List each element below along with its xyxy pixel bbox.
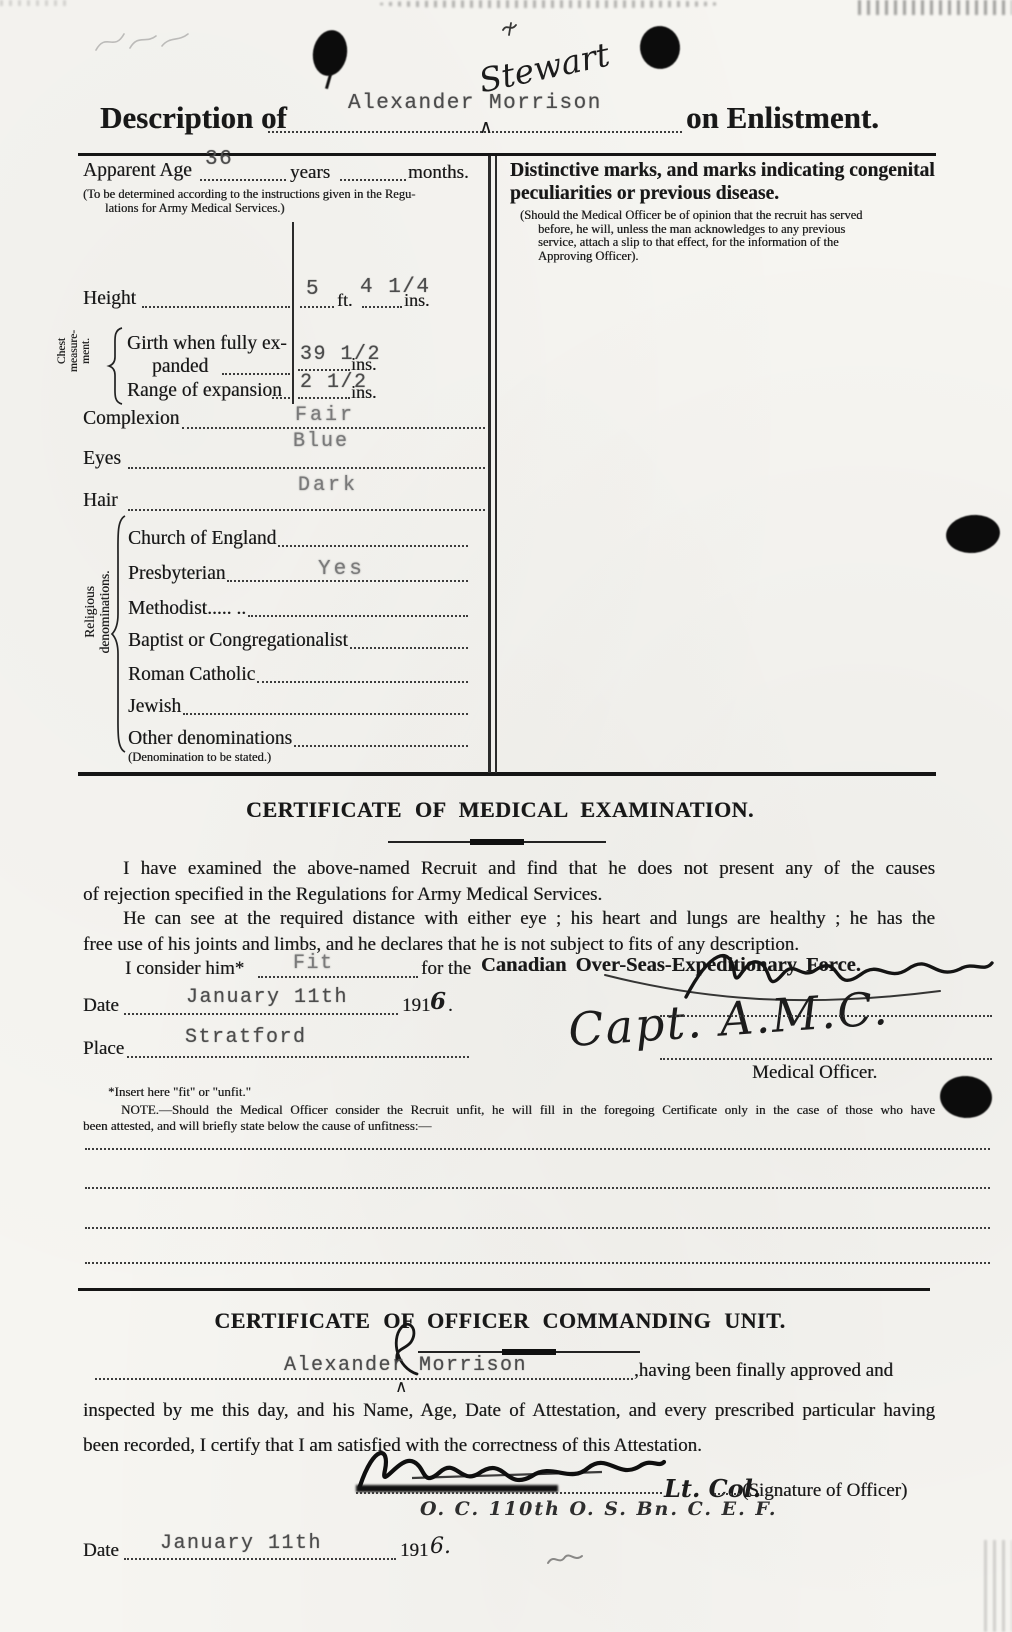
medical-year-written: 6 <box>430 988 446 1015</box>
girth-leader <box>222 373 290 375</box>
medical-year-printed: 191 <box>402 995 431 1017</box>
medical-certificate-title: CERTIFICATE OF MEDICAL EXAMINATION. <box>90 797 910 823</box>
medical-note: NOTE.—Should the Medical Officer conside… <box>83 1102 935 1134</box>
religion-row: Other denominations <box>128 728 470 750</box>
pencil-scribble <box>92 24 202 60</box>
religion-row: Baptist or Congregationalist <box>128 630 470 652</box>
religion-row: Jewish <box>128 696 470 718</box>
chest-label-line1: Chest <box>56 316 68 386</box>
chest-label-line3: ment. <box>80 316 92 386</box>
religion-brace <box>110 514 130 754</box>
height-leader <box>142 306 290 308</box>
girth-label-line1: Girth when fully ex- <box>127 333 287 355</box>
ft-label: ft. <box>337 290 353 311</box>
value-divider-line <box>292 222 294 404</box>
medical-rank-line <box>660 1058 992 1060</box>
commanding-line2: inspected by me this day, and his Name, … <box>83 1398 935 1424</box>
ink-mark <box>500 20 520 38</box>
range-leader <box>272 397 290 399</box>
attestation-form-page: Stewart Alexander Morrison Description o… <box>0 0 1012 1632</box>
chest-label-line2: measure- <box>68 316 80 386</box>
unfitness-line-1 <box>85 1148 990 1150</box>
religion-row-label: Roman Catholic <box>128 664 255 686</box>
column-divider-inner <box>495 156 497 773</box>
marks-title-line2: peculiarities or previous disease. <box>510 183 779 205</box>
age-note-line1: (To be determined according to the instr… <box>83 188 483 202</box>
marks-note-line1: (Should the Medical Officer be of opinio… <box>520 209 920 223</box>
chest-brace <box>106 326 126 406</box>
bottom-scribble <box>545 1550 585 1570</box>
religion-row: Methodist..... .. <box>128 598 470 620</box>
religion-row-label: Methodist..... .. <box>128 598 246 620</box>
leader <box>278 545 468 547</box>
medical-place-value: Stratford <box>185 1026 307 1049</box>
religion-row: Church of England <box>128 528 470 550</box>
medical-para1-line2: of rejection specified in the Regulation… <box>83 882 935 908</box>
years-label: years <box>290 162 330 184</box>
marks-note: (Should the Medical Officer be of opinio… <box>520 209 920 263</box>
medical-para1: I have examined the above-named Recruit … <box>83 856 935 908</box>
religion-row-label: Other denominations <box>128 728 292 750</box>
range-unit: ins. <box>351 382 377 403</box>
handwritten-inserted-name: Stewart <box>475 35 613 101</box>
punch-hole-right-lower <box>939 1074 994 1120</box>
complexion-leader <box>182 427 485 429</box>
medical-year-period: . <box>448 995 453 1017</box>
leader <box>227 580 468 582</box>
header-suffix: on Enlistment. <box>686 100 879 136</box>
punch-hole-right-upper <box>944 512 1002 555</box>
height-ft-value: 5 <box>306 278 320 301</box>
leader <box>294 745 468 747</box>
medical-place-leader <box>127 1056 469 1058</box>
typed-recruit-name: Alexander Morrison <box>348 92 602 115</box>
signature-smudge-line <box>356 1485 558 1492</box>
commanding-certificate-title: CERTIFICATE OF OFFICER COMMANDING UNIT. <box>90 1308 910 1334</box>
religion-label-line1: Religious <box>83 532 98 692</box>
age-leader-1 <box>200 179 286 181</box>
header-name-line <box>268 131 682 133</box>
ink-blot-top-left <box>309 27 350 78</box>
ink-blot-top-center <box>638 24 682 71</box>
medical-para1-line1: I have examined the above-named Recruit … <box>83 856 935 882</box>
medical-footnote: *Insert here "fit" or "unfit." <box>108 1084 251 1100</box>
unfitness-line-2 <box>85 1187 990 1189</box>
header-prefix: Description of <box>100 100 287 136</box>
commanding-year-printed: 191 <box>400 1540 429 1562</box>
description-bottom-rule <box>78 772 936 776</box>
column-divider-outer <box>488 156 491 773</box>
age-note-line2: lations for Army Medical Services.) <box>105 202 483 216</box>
range-value-leader <box>298 397 350 399</box>
eyes-leader <box>128 467 485 469</box>
religion-row-label: Baptist or Congregationalist <box>128 630 348 652</box>
medical-date-label: Date <box>83 995 119 1017</box>
consider-leader <box>258 976 418 978</box>
medical-place-label: Place <box>83 1038 124 1060</box>
girth-label-line2: panded <box>152 356 208 378</box>
commanding-typed-name: Alexander Morrison <box>284 1354 527 1377</box>
leader <box>183 713 468 715</box>
marks-note-line4: Approving Officer). <box>538 250 920 264</box>
consider-prefix: I consider him* <box>125 958 244 980</box>
rank-leader <box>714 1493 740 1495</box>
medical-officer-rank-handwritten: Capt. A.M.C. <box>567 981 892 1057</box>
age-note: (To be determined according to the instr… <box>83 188 483 215</box>
leader <box>248 615 468 617</box>
medical-para2-line1: He can see at the required distance with… <box>83 906 935 932</box>
height-ft-leader <box>300 306 334 308</box>
hair-value: Dark <box>298 474 358 497</box>
scan-noise-top <box>380 0 720 8</box>
scan-noise-top-right <box>858 0 1012 15</box>
medical-date-leader <box>124 1013 398 1015</box>
eyes-label: Eyes <box>83 448 121 470</box>
unit-designation: O. C. 110th O. S. Bn. C. E. F. <box>420 1498 778 1520</box>
marks-title-line1: Distinctive marks, and marks indicating … <box>510 160 935 182</box>
scan-noise-bottom-right <box>984 1540 1012 1632</box>
religion-other-note: (Denomination to be stated.) <box>128 751 271 765</box>
leader <box>350 647 468 649</box>
hair-leader <box>128 509 485 511</box>
marks-note-line2: before, he will, unless the man acknowle… <box>538 223 920 237</box>
months-label: months. <box>408 162 469 184</box>
chest-group-label: Chest measure- ment. <box>56 316 94 386</box>
unfitness-line-4 <box>85 1262 990 1264</box>
medical-officer-caption: Medical Officer. <box>752 1062 877 1084</box>
consider-value: Fit <box>293 952 334 975</box>
height-in-leader <box>362 306 402 308</box>
commanding-year-written: 6. <box>430 1534 451 1559</box>
religion-row-label: Church of England <box>128 528 276 550</box>
unfitness-line-3 <box>85 1227 990 1229</box>
marks-note-line3: service, attach a slip to that effect, f… <box>538 236 920 250</box>
caret-mark-commanding: ∧ <box>395 1377 407 1397</box>
leader <box>257 681 468 683</box>
eyes-value: Blue <box>293 430 349 453</box>
medical-note-line2: been attested, and will briefly state be… <box>83 1118 935 1134</box>
complexion-value: Fair <box>295 404 355 427</box>
apparent-age-label: Apparent Age <box>83 160 192 182</box>
age-leader-2 <box>340 179 406 181</box>
commanding-name-line <box>95 1378 633 1380</box>
ins-label: ins. <box>404 290 430 311</box>
medical-note-line1: NOTE.—Should the Medical Officer conside… <box>83 1102 935 1118</box>
ink-blot-tail <box>325 74 332 89</box>
medical-title-rule <box>388 838 606 846</box>
height-label: Height <box>83 288 136 310</box>
caret-mark-header: ∧ <box>479 116 493 139</box>
approved-suffix: ,having been finally approved and <box>634 1360 893 1382</box>
complexion-label: Complexion <box>83 408 179 430</box>
commanding-top-rule <box>78 1288 930 1291</box>
medical-date-value: January 11th <box>186 986 348 1009</box>
commanding-date-leader <box>124 1558 396 1560</box>
medical-signature-line <box>660 1015 992 1017</box>
religion-row: Roman Catholic <box>128 664 470 686</box>
scan-noise-top-left <box>0 0 70 6</box>
religion-row: Presbyterian <box>128 563 470 585</box>
consider-mid: for the <box>421 958 471 980</box>
religion-row-label: Jewish <box>128 696 181 718</box>
commanding-date-label: Date <box>83 1540 119 1562</box>
officer-signature-line <box>356 1492 662 1494</box>
range-label: Range of expansion <box>127 380 282 402</box>
religion-row-label: Presbyterian <box>128 563 225 585</box>
commanding-date-value: January 11th <box>160 1532 322 1555</box>
apparent-age-value: 36 <box>205 148 233 171</box>
hair-label: Hair <box>83 490 118 512</box>
